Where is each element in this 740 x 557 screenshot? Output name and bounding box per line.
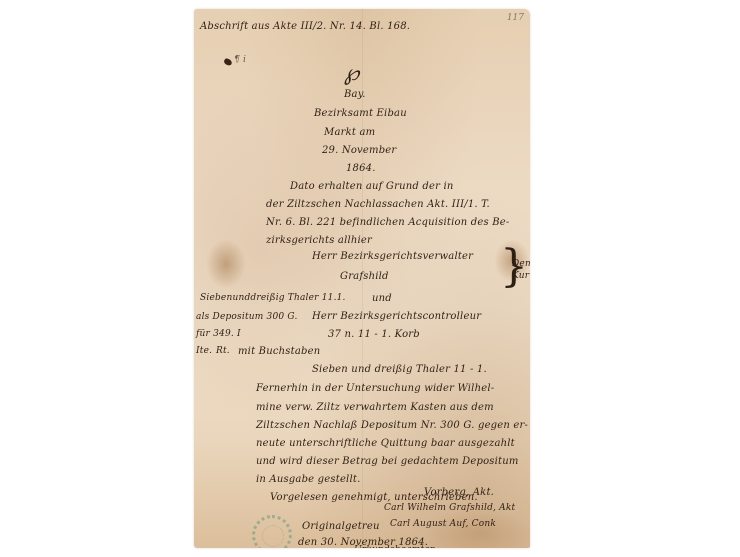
body-line: 37 n. 11 - 1. Korb — [328, 329, 420, 340]
addressee-line: Bezirksamt Eibau — [314, 108, 407, 119]
title-flourish: ℘ — [344, 61, 359, 86]
official-seal-stamp — [252, 515, 292, 548]
folio-number: 117 — [507, 13, 524, 23]
body-line: der Ziltzschen Nachlassachen Akt. III/1.… — [266, 199, 490, 210]
body-line: zirksgerichts allhier — [266, 235, 372, 246]
body-line: und wird dieser Betrag bei gedachtem Dep… — [256, 456, 519, 467]
certification-signature: Urkundsbeamter — [354, 545, 434, 548]
body-line: mine verw. Ziltz verwahrtem Kasten aus d… — [256, 402, 494, 413]
addressee-line: 29. November — [322, 145, 396, 156]
body-line: Nr. 6. Bl. 221 befindlichen Acquisition … — [266, 217, 509, 228]
body-line: neute unterschriftliche Quittung baar au… — [256, 438, 515, 449]
margin-note: Ite. — [196, 346, 212, 356]
water-stain — [206, 239, 246, 289]
curly-brace: } — [500, 245, 510, 295]
body-line: Herr Bezirksgerichtsverwalter — [312, 251, 473, 262]
body-line: Fernerhin in der Untersuchung wider Wilh… — [256, 383, 494, 394]
addressee-line: Bay. — [344, 89, 366, 100]
body-line: mit Buchstaben — [238, 346, 320, 357]
margin-note: Siebenunddreißig Thaler 11.1. — [200, 293, 346, 303]
body-line: Grafshild — [340, 271, 389, 282]
body-line: Ziltzschen Nachlaß Depositum Nr. 300 G. … — [256, 420, 528, 431]
certification-line: Originalgetreu — [302, 521, 380, 532]
addressee-line: Markt am — [324, 127, 375, 138]
body-line: Dato erhalten auf Grund der in — [290, 181, 453, 192]
margin-note: für 349. I — [196, 329, 241, 339]
document-page: 117 Abschrift aus Akte III/2. Nr. 14. Bl… — [194, 9, 530, 548]
margin-mark: ¶ i — [234, 55, 246, 65]
margin-note: Rt. — [216, 346, 230, 356]
addressee-line: 1864. — [346, 163, 376, 174]
ink-blot — [223, 58, 233, 67]
body-line: Herr Bezirksgerichtscontrolleur — [312, 311, 481, 322]
body-line: Sieben und dreißig Thaler 11 - 1. — [312, 364, 487, 375]
body-line: und — [372, 293, 392, 304]
signature: Carl Wilhelm Grafshild, Akt — [384, 503, 515, 513]
right-margin-note: Kur — [512, 271, 529, 281]
seal-inner-ring — [262, 525, 284, 547]
body-line: in Ausgabe gestellt. — [256, 474, 360, 485]
margin-note: als Depositum 300 G. — [196, 312, 298, 322]
signature: Carl August Auf, Conk — [390, 519, 496, 529]
signature: Vorberg, Akt. — [424, 487, 494, 498]
header-note: Abschrift aus Akte III/2. Nr. 14. Bl. 16… — [200, 21, 410, 32]
right-margin-note: Dem — [512, 259, 530, 269]
